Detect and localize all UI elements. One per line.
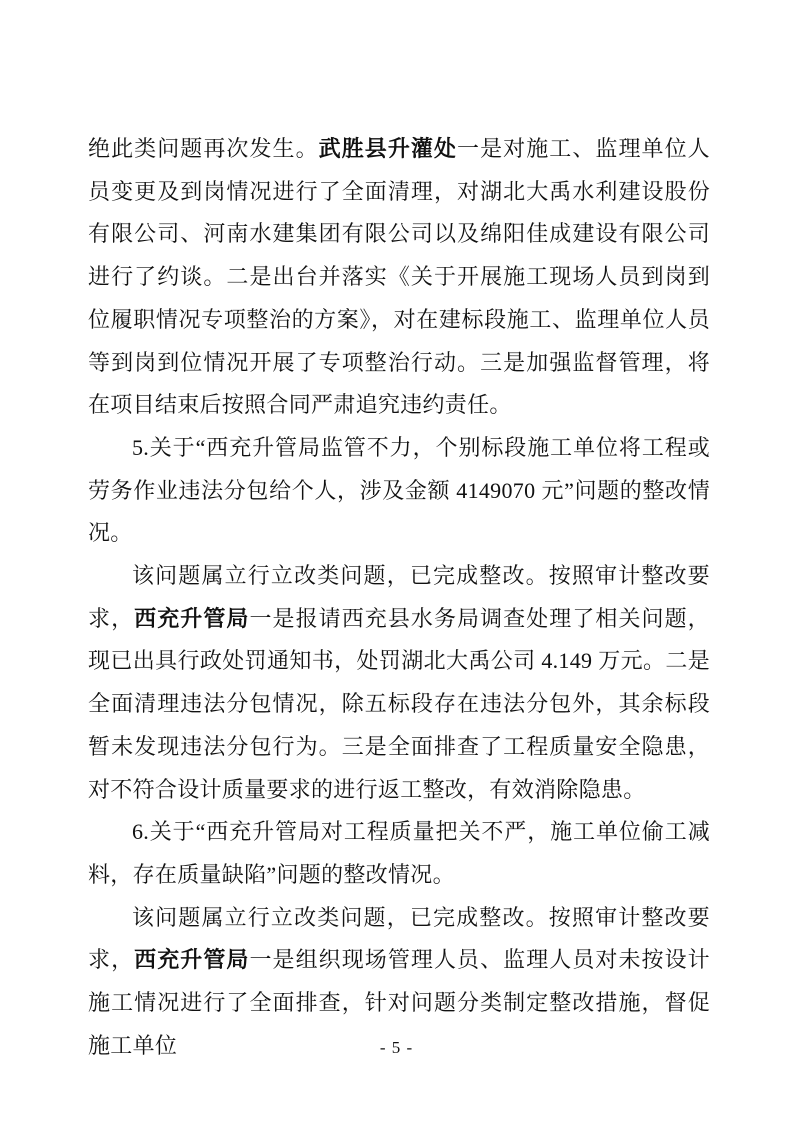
text-run: 一是对施工、监理单位人员变更及到岗情况进行了全面清理，对湖北大禹水利建设股份有限… [88, 136, 710, 417]
document-body: 绝此类问题再次发生。武胜县升灌处一是对施工、监理单位人员变更及到岗情况进行了全面… [88, 128, 710, 1067]
document-page: 绝此类问题再次发生。武胜县升灌处一是对施工、监理单位人员变更及到岗情况进行了全面… [0, 0, 793, 1122]
entity-name-bold: 西充升管局 [134, 947, 249, 972]
page-number: - 5 - [0, 1037, 793, 1059]
text-run: 一是报请西充县水务局调查处理了相关问题，现已出具行政处罚通知书，处罚湖北大禹公司… [88, 606, 710, 802]
paragraph-2: 5.关于“西充升管局监管不力，个别标段施工单位将工程或劳务作业违法分包给个人，涉… [88, 427, 710, 555]
paragraph-3: 该问题属立行立改类问题，已完成整改。按照审计整改要求，西充升管局一是报请西充县水… [88, 555, 710, 811]
paragraph-1: 绝此类问题再次发生。武胜县升灌处一是对施工、监理单位人员变更及到岗情况进行了全面… [88, 128, 710, 427]
text-run: 6.关于“西充升管局对工程质量把关不严，施工单位偷工减料，存在质量缺陷”问题的整… [88, 819, 710, 887]
paragraph-4: 6.关于“西充升管局对工程质量把关不严，施工单位偷工减料，存在质量缺陷”问题的整… [88, 811, 710, 896]
entity-name-bold: 西充升管局 [134, 606, 249, 631]
text-run: 5.关于“西充升管局监管不力，个别标段施工单位将工程或劳务作业违法分包给个人，涉… [88, 435, 710, 545]
entity-name-bold: 武胜县升灌处 [319, 136, 457, 161]
text-run: 绝此类问题再次发生。 [88, 136, 319, 161]
